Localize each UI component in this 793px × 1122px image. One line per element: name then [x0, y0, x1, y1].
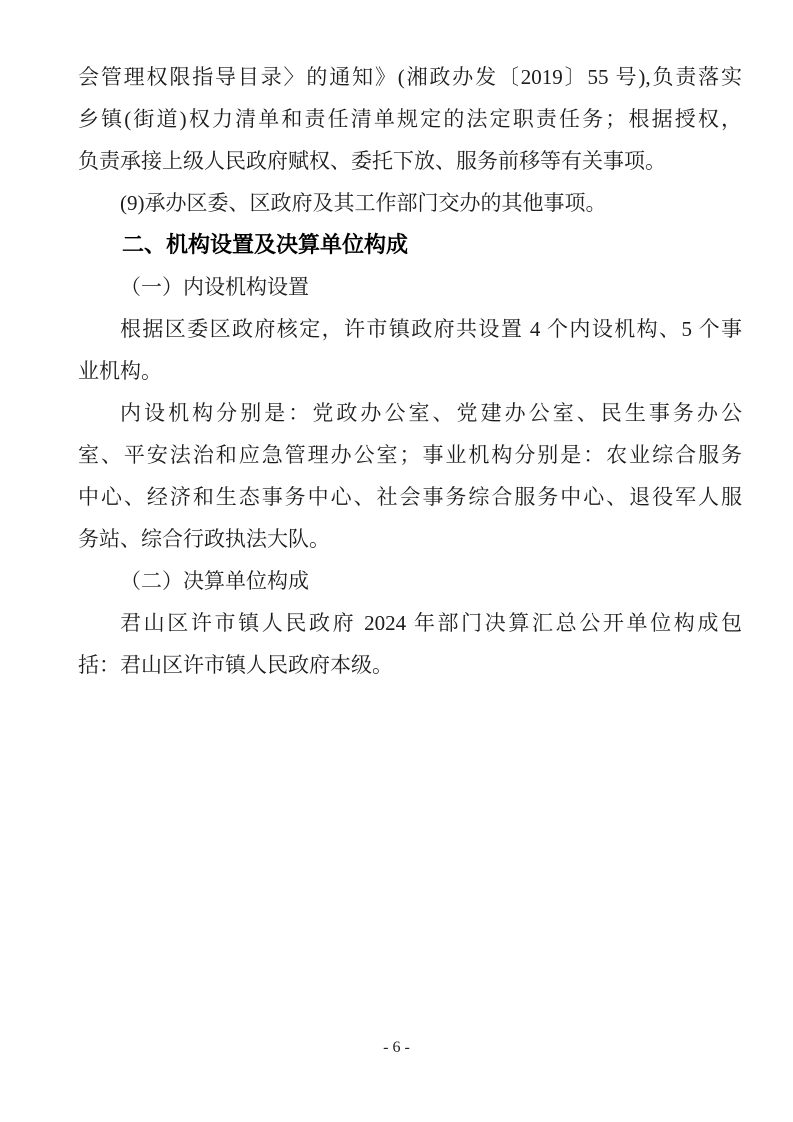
text-line: 业机构。: [78, 350, 742, 392]
text-line: 内设机构分别是：党政办公室、党建办公室、民生事务办公: [78, 392, 742, 434]
text-line: 中心、经济和生态事务中心、社会事务综合服务中心、退役军人服: [78, 476, 742, 518]
text-line: 负责承接上级人民政府赋权、委托下放、服务前移等有关事项。: [78, 140, 742, 182]
text-line: 务站、综合行政执法大队。: [78, 518, 742, 560]
text-line: 君山区许市镇人民政府 2024 年部门决算汇总公开单位构成包: [78, 602, 742, 644]
page-number: - 6 -: [0, 1038, 793, 1058]
text-line: 乡镇(街道)权力清单和责任清单规定的法定职责任务；根据授权，: [78, 98, 742, 140]
document-body: 会管理权限指导目录〉的通知》(湘政办发〔2019〕55 号),负责落实乡镇(街道…: [78, 56, 742, 686]
section-heading: 二、机构设置及决算单位构成: [78, 224, 742, 266]
text-line: （一）内设机构设置: [78, 266, 742, 308]
text-line: 会管理权限指导目录〉的通知》(湘政办发〔2019〕55 号),负责落实: [78, 56, 742, 98]
document-page: 会管理权限指导目录〉的通知》(湘政办发〔2019〕55 号),负责落实乡镇(街道…: [0, 0, 793, 1122]
text-line: (9)承办区委、区政府及其工作部门交办的其他事项。: [78, 182, 742, 224]
text-line: 根据区委区政府核定，许市镇政府共设置 4 个内设机构、5 个事: [78, 308, 742, 350]
text-line: （二）决算单位构成: [78, 560, 742, 602]
text-line: 室、平安法治和应急管理办公室；事业机构分别是：农业综合服务: [78, 434, 742, 476]
text-line: 括：君山区许市镇人民政府本级。: [78, 644, 742, 686]
